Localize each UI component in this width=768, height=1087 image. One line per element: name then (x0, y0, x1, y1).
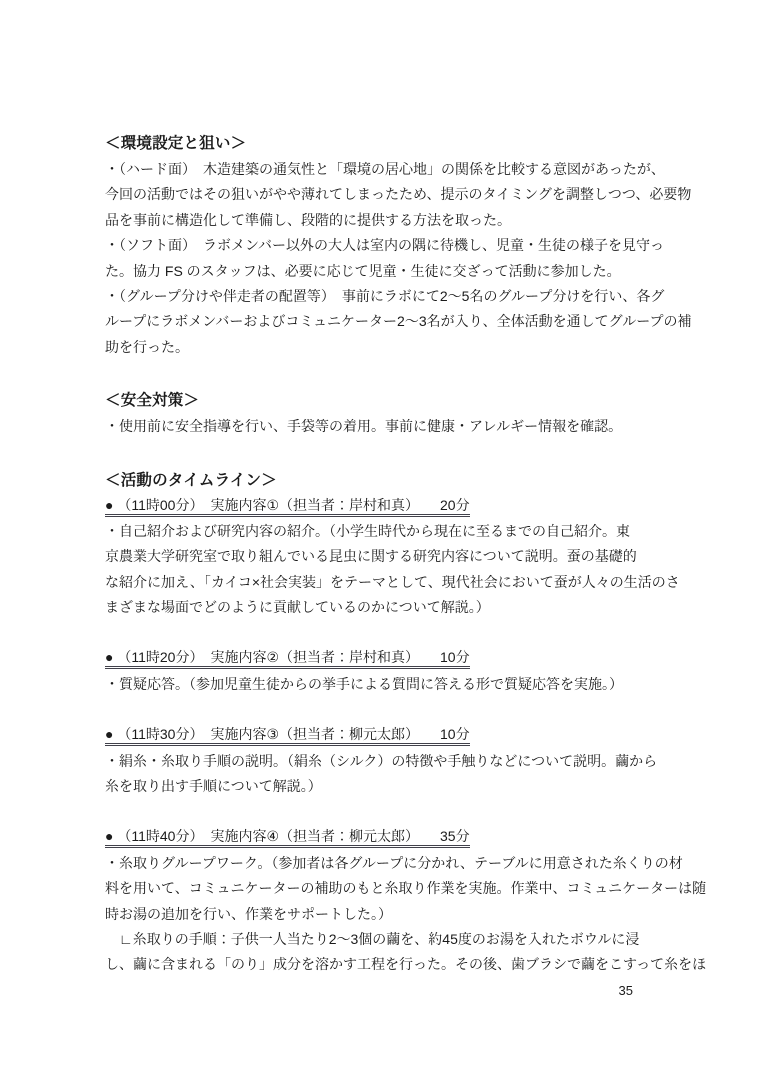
section-heading: ＜安全対策＞ (105, 388, 705, 414)
text-line: ループにラボメンバーおよびコミュニケーター2～3名が入り、全体活動を通してグルー… (105, 309, 705, 334)
text-line: 助を行った。 (105, 335, 705, 360)
text-line: ・使用前に安全指導を行い、手袋等の着用。事前に健康・アレルギー情報を確認。 (105, 414, 705, 439)
text-line: ・絹糸・糸取り手順の説明。（絹糸（シルク）の特徴や手触りなどについて説明。繭から (105, 749, 705, 774)
text-line: な紹介に加え、「カイコ×社会実装」をテーマとして、現代社会において蚕が人々の生活… (105, 570, 705, 595)
document-body: ＜環境設定と狙い＞・（ハード面） 木造建築の通気性と「環境の居心地」の関係を比較… (105, 131, 705, 978)
text-line: ・自己紹介および研究内容の紹介。（小学生時代から現在に至るまでの自己紹介。東 (105, 519, 705, 544)
timeline-entry-header: ● （11時30分） 実施内容③（担当者：柳元太郎） 10分 (105, 726, 470, 746)
text-line: 今回の活動ではその狙いがやや薄れてしまったため、提示のタイミングを調整しつつ、必… (105, 182, 705, 207)
section: ＜活動のタイムライン＞● （11時00分） 実施内容①（担当者：岸村和真） 20… (105, 468, 705, 978)
timeline-entry: ● （11時30分） 実施内容③（担当者：柳元太郎） 10分・絹糸・糸取り手順の… (105, 723, 705, 799)
timeline-entry-header: ● （11時20分） 実施内容②（担当者：岸村和真） 10分 (105, 649, 470, 669)
timeline-entry-header-row: ● （11時20分） 実施内容②（担当者：岸村和真） 10分 (105, 646, 705, 671)
text-line: た。協力 FS のスタッフは、必要に応じて児童・生徒に交ざって活動に参加した。 (105, 259, 705, 284)
text-line: 品を事前に構造化して準備し、段階的に提供する方法を取った。 (105, 208, 705, 233)
section-heading: ＜活動のタイムライン＞ (105, 468, 705, 494)
timeline-entry: ● （11時40分） 実施内容④（担当者：柳元太郎） 35分・糸取りグループワー… (105, 825, 705, 977)
text-line: 京農業大学研究室で取り組んでいる昆虫に関する研究内容について説明。蚕の基礎的 (105, 544, 705, 569)
timeline-entry: ● （11時20分） 実施内容②（担当者：岸村和真） 10分・質疑応答。（参加児… (105, 646, 705, 697)
timeline-entry-header-row: ● （11時30分） 実施内容③（担当者：柳元太郎） 10分 (105, 723, 705, 748)
text-line: ・（ソフト面） ラボメンバー以外の大人は室内の隅に待機し、児童・生徒の様子を見守… (105, 233, 705, 258)
timeline-entry-header-row: ● （11時00分） 実施内容①（担当者：岸村和真） 20分 (105, 494, 705, 519)
text-line: し、繭に含まれる「のり」成分を溶かす工程を行った。その後、歯ブラシで繭をこすって… (105, 952, 705, 977)
text-line: 料を用いて、コミュニケーターの補助のもと糸取り作業を実施。作業中、コミュニケータ… (105, 876, 705, 901)
text-line: ・（グループ分けや伴走者の配置等） 事前にラボにて2～5名のグループ分けを行い、… (105, 284, 705, 309)
timeline-entry-header: ● （11時00分） 実施内容①（担当者：岸村和真） 20分 (105, 497, 470, 517)
section: ＜安全対策＞・使用前に安全指導を行い、手袋等の着用。事前に健康・アレルギー情報を… (105, 388, 705, 439)
page-number: 35 (105, 983, 633, 999)
text-line: まざまな場面でどのように貢献しているのかについて解説。） (105, 595, 705, 620)
timeline-entry-header-row: ● （11時40分） 実施内容④（担当者：柳元太郎） 35分 (105, 825, 705, 850)
timeline-entry-header: ● （11時40分） 実施内容④（担当者：柳元太郎） 35分 (105, 828, 470, 848)
text-line: ∟糸取りの手順：子供一人当たり2～3個の繭を、約45度のお湯を入れたボウルに浸 (105, 927, 705, 952)
timeline-entry: ● （11時00分） 実施内容①（担当者：岸村和真） 20分・自己紹介および研究… (105, 494, 705, 621)
text-line: ・（ハード面） 木造建築の通気性と「環境の居心地」の関係を比較する意図があったが… (105, 157, 705, 182)
section: ＜環境設定と狙い＞・（ハード面） 木造建築の通気性と「環境の居心地」の関係を比較… (105, 131, 705, 360)
document-page: ＜環境設定と狙い＞・（ハード面） 木造建築の通気性と「環境の居心地」の関係を比較… (0, 0, 768, 1087)
text-line: ・糸取りグループワーク。（参加者は各グループに分かれ、テーブルに用意された糸くり… (105, 851, 705, 876)
section-heading: ＜環境設定と狙い＞ (105, 131, 705, 157)
text-line: ・質疑応答。（参加児童生徒からの挙手による質問に答える形で質疑応答を実施。） (105, 672, 705, 697)
text-line: 時お湯の追加を行い、作業をサポートした。） (105, 902, 705, 927)
text-line: 糸を取り出す手順について解説。） (105, 774, 705, 799)
